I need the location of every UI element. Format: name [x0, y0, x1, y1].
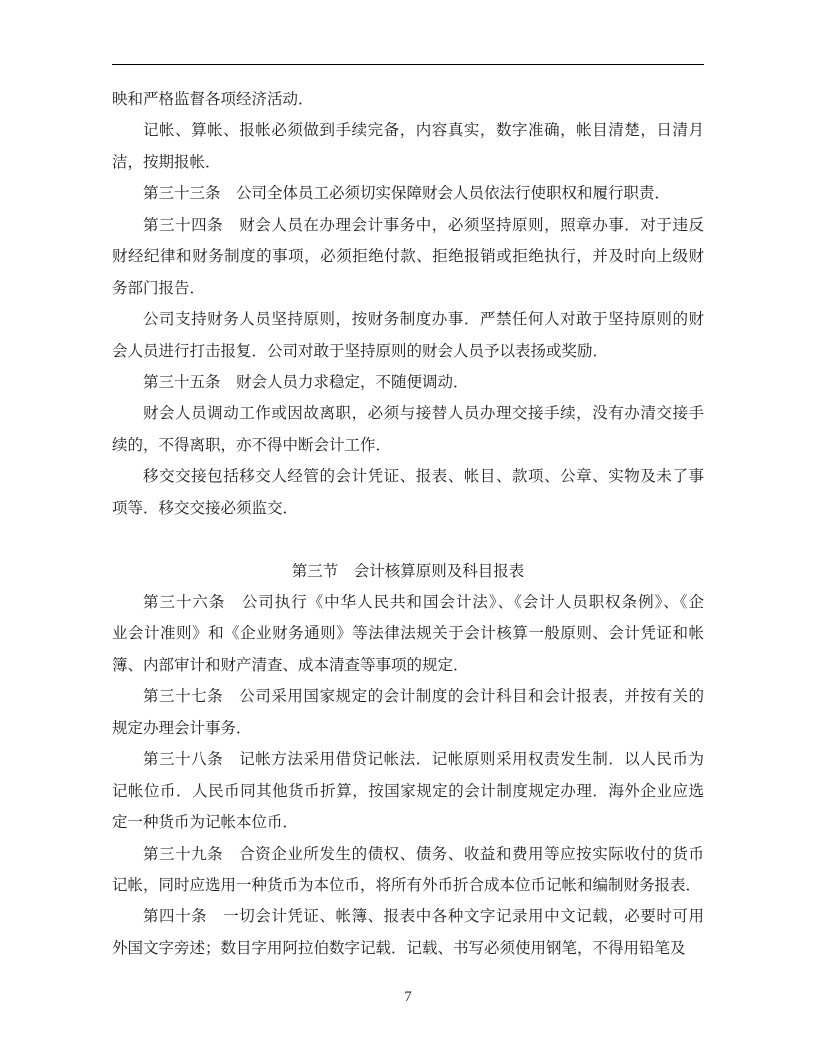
text-line: 项等．移交交接必须监交．	[112, 493, 704, 524]
text-line: 记帐、算帐、报帐必须做到手续完备，内容真实，数字准确，帐目清楚，日清月	[112, 115, 704, 146]
paragraph: 公司支持财务人员坚持原则，按财务制度办事．严禁任何人对敢于坚持原则的财会人员进行…	[112, 304, 704, 367]
text-line: 第三十九条 合资企业所发生的债权、债务、收益和费用等应按实际收付的货币	[112, 839, 704, 870]
section-heading: 第三节 会计核算原则及科目报表	[112, 556, 704, 587]
footer: 7	[0, 989, 816, 1006]
header-rule	[112, 64, 704, 65]
text-line: 第三十七条 公司采用国家规定的会计制度的会计科目和会计报表，并按有关的	[112, 681, 704, 712]
text-line: 第三节 会计核算原则及科目报表	[112, 556, 704, 587]
paragraph: 第三十八条 记帐方法采用借贷记帐法．记帐原则采用权责发生制．以人民币为记帐位币．…	[112, 744, 704, 838]
text-line: 业会计准则》和《企业财务通则》等法律法规关于会计核算一般原则、会计凭证和帐	[112, 618, 704, 649]
document-page: 映和严格监督各项经济活动．记帐、算帐、报帐必须做到手续完备，内容真实，数字准确，…	[0, 0, 816, 1056]
paragraph: 第四十条 一切会计凭证、帐簿、报表中各种文字记录用中文记载，必要时可用外国文字旁…	[112, 901, 704, 964]
paragraph: 第三十六条 公司执行《中华人民共和国会计法》、《会计人员职权条例》、《企业会计准…	[112, 587, 704, 681]
text-line: 会人员进行打击报复．公司对敢于坚持原则的财会人员予以表扬或奖励．	[112, 336, 704, 367]
text-line: 簿、内部审计和财产清查、成本清查等事项的规定．	[112, 650, 704, 681]
text-line: 续的，不得离职，亦不得中断会计工作．	[112, 430, 704, 461]
paragraph: 映和严格监督各项经济活动．	[112, 84, 704, 115]
text-line: 第三十五条 财会人员力求稳定，不随便调动．	[112, 367, 704, 398]
paragraph: 第三十四条 财会人员在办理会计事务中，必须坚持原则，照章办事．对于违反财经纪律和…	[112, 210, 704, 304]
text-line: 外国文字旁述；数目字用阿拉伯数字记载．记载、书写必须使用钢笔，不得用铅笔及	[112, 933, 704, 964]
page-number: 7	[404, 989, 412, 1005]
paragraph: 第三十九条 合资企业所发生的债权、债务、收益和费用等应按实际收付的货币记帐，同时…	[112, 839, 704, 902]
text-line: 移交交接包括移交人经管的会计凭证、报表、帐目、款项、公章、实物及未了事	[112, 461, 704, 492]
text-line: 第三十八条 记帐方法采用借贷记帐法．记帐原则采用权责发生制．以人民币为	[112, 744, 704, 775]
text-line: 第三十三条 公司全体员工必须切实保障财会人员依法行使职权和履行职责．	[112, 178, 704, 209]
paragraph: 第三十三条 公司全体员工必须切实保障财会人员依法行使职权和履行职责．	[112, 178, 704, 209]
text-line: 第三十四条 财会人员在办理会计事务中，必须坚持原则，照章办事．对于违反	[112, 210, 704, 241]
text-line: 记帐，同时应选用一种货币为本位币，将所有外币折合成本位币记帐和编制财务报表．	[112, 870, 704, 901]
blank-line	[112, 524, 704, 555]
text-line: 务部门报告．	[112, 273, 704, 304]
text-line: 规定办理会计事务．	[112, 713, 704, 744]
paragraph: 移交交接包括移交人经管的会计凭证、报表、帐目、款项、公章、实物及未了事项等．移交…	[112, 461, 704, 524]
text-line: 记帐位币．人民币同其他货币折算，按国家规定的会计制度规定办理．海外企业应选	[112, 776, 704, 807]
paragraph: 财会人员调动工作或因故离职，必须与接替人员办理交接手续，没有办清交接手续的，不得…	[112, 398, 704, 461]
paragraph: 第三十七条 公司采用国家规定的会计制度的会计科目和会计报表，并按有关的规定办理会…	[112, 681, 704, 744]
text-line: 财经纪律和财务制度的事项，必须拒绝付款、拒绝报销或拒绝执行，并及时向上级财	[112, 241, 704, 272]
text-line: 第四十条 一切会计凭证、帐簿、报表中各种文字记录用中文记载，必要时可用	[112, 901, 704, 932]
text-line: 财会人员调动工作或因故离职，必须与接替人员办理交接手续，没有办清交接手	[112, 398, 704, 429]
text-line: 洁，按期报帐．	[112, 147, 704, 178]
paragraph: 第三十五条 财会人员力求稳定，不随便调动．	[112, 367, 704, 398]
text-line: 第三十六条 公司执行《中华人民共和国会计法》、《会计人员职权条例》、《企	[112, 587, 704, 618]
text-line: 映和严格监督各项经济活动．	[112, 84, 704, 115]
text-line: 公司支持财务人员坚持原则，按财务制度办事．严禁任何人对敢于坚持原则的财	[112, 304, 704, 335]
text-line: 定一种货币为记帐本位币．	[112, 807, 704, 838]
document-body: 映和严格监督各项经济活动．记帐、算帐、报帐必须做到手续完备，内容真实，数字准确，…	[112, 84, 704, 964]
paragraph: 记帐、算帐、报帐必须做到手续完备，内容真实，数字准确，帐目清楚，日清月洁，按期报…	[112, 115, 704, 178]
